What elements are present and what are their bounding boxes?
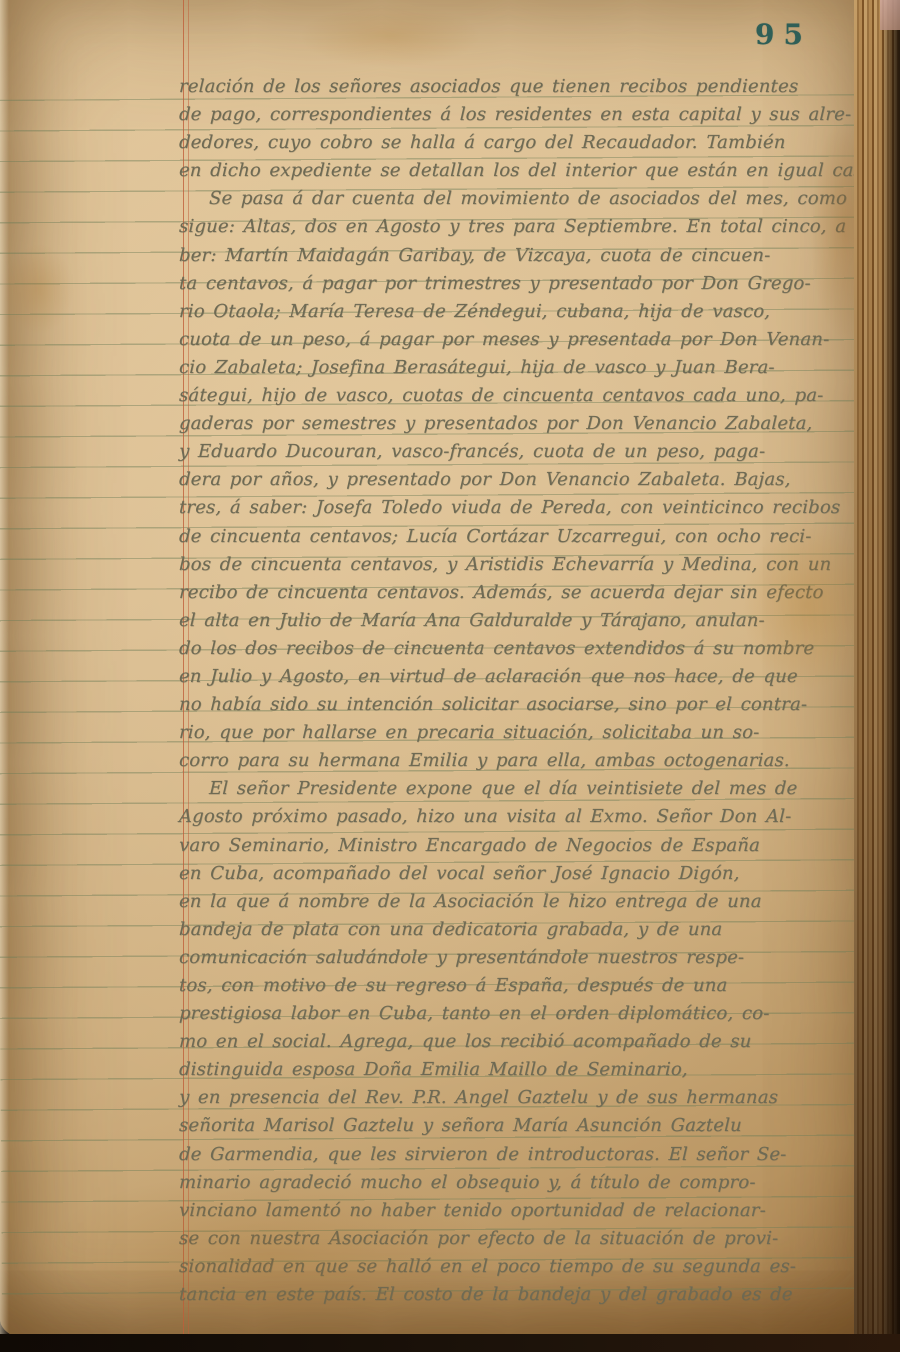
manuscript-line: en Cuba, acompañado del vocal señor José…	[179, 860, 870, 888]
manuscript-line: el alta en Julio de María Ana Galduralde…	[179, 607, 870, 635]
photo-of-ledger-page: 95 relación de los señores asociados que…	[0, 0, 900, 1352]
manuscript-line: minario agradeció mucho el obsequio y, á…	[179, 1169, 870, 1197]
manuscript-line: vinciano lamentó no haber tenido oportun…	[179, 1197, 870, 1225]
manuscript-line: de pago, correspondientes á los resident…	[179, 101, 870, 129]
manuscript-line: recibo de cincuenta centavos. Además, se…	[179, 579, 870, 607]
manuscript-line: do los dos recibos de cincuenta centavos…	[179, 635, 870, 663]
manuscript-page: 95 relación de los señores asociados que…	[0, 0, 868, 1341]
book-page-edges	[854, 0, 900, 1352]
manuscript-line: relación de los señores asociados que ti…	[179, 73, 870, 101]
manuscript-line: rio Otaola; María Teresa de Zéndegui, cu…	[179, 298, 870, 326]
page-number: 95	[755, 18, 812, 51]
manuscript-line: corro para su hermana Emilia y para ella…	[179, 747, 870, 775]
manuscript-line: prestigiosa labor en Cuba, tanto en el o…	[179, 1000, 870, 1028]
manuscript-line: dedores, cuyo cobro se halla á cargo del…	[179, 129, 870, 157]
manuscript-line: señorita Marisol Gaztelu y señora María …	[179, 1112, 870, 1140]
manuscript-line: gaderas por semestres y presentados por …	[179, 410, 870, 438]
manuscript-line: dera por años, y presentado por Don Vena…	[179, 466, 870, 494]
photo-background-bottom	[0, 1334, 900, 1352]
manuscript-line: cuota de un peso, á pagar por meses y pr…	[179, 326, 870, 354]
page-stack-highlight	[880, 0, 900, 30]
manuscript-line: en dicho expediente se detallan los del …	[179, 157, 870, 185]
manuscript-line: tres, á saber: Josefa Toledo viuda de Pe…	[179, 494, 870, 522]
manuscript-line: bos de cincuenta centavos, y Aristidis E…	[179, 551, 870, 579]
manuscript-line: y Eduardo Ducouran, vasco-francés, cuota…	[179, 438, 870, 466]
manuscript-line: en Julio y Agosto, en virtud de aclaraci…	[179, 663, 870, 691]
manuscript-line: tos, con motivo de su regreso á España, …	[179, 972, 870, 1000]
manuscript-line: bandeja de plata con una dedicatoria gra…	[179, 916, 870, 944]
manuscript-line: cio Zabaleta; Josefina Berasátegui, hija…	[179, 354, 870, 382]
manuscript-line: de cincuenta centavos; Lucía Cortázar Uz…	[179, 523, 870, 551]
manuscript-line: en la que á nombre de la Asociación le h…	[179, 888, 870, 916]
manuscript-line: comunicación saludándole y presentándole…	[179, 944, 870, 972]
manuscript-line: Agosto próximo pasado, hizo una visita a…	[179, 803, 870, 831]
manuscript-line: El señor Presidente expone que el día ve…	[179, 775, 870, 803]
manuscript-line: Se pasa á dar cuenta del movimiento de a…	[179, 185, 870, 213]
manuscript-line: sátegui, hijo de vasco, cuotas de cincue…	[179, 382, 870, 410]
manuscript-line: y en presencia del Rev. P.R. Angel Gazte…	[179, 1084, 870, 1112]
manuscript-line: mo en el social. Agrega, que los recibió…	[179, 1028, 870, 1056]
manuscript-line: ta centavos, á pagar por trimestres y pr…	[179, 270, 870, 298]
manuscript-line: ber: Martín Maidagán Garibay, de Vizcaya…	[179, 242, 870, 270]
manuscript-line: distinguida esposa Doña Emilia Maillo de…	[179, 1056, 870, 1084]
manuscript-line: sionalidad en que se halló en el poco ti…	[179, 1253, 870, 1281]
manuscript-text: relación de los señores asociados que ti…	[179, 73, 869, 1309]
manuscript-line: no había sido su intención solicitar aso…	[179, 691, 870, 719]
manuscript-line: se con nuestra Asociación por efecto de …	[179, 1225, 870, 1253]
manuscript-line: rio, que por hallarse en precaria situac…	[179, 719, 870, 747]
manuscript-line: sigue: Altas, dos en Agosto y tres para …	[179, 213, 870, 241]
manuscript-line: varo Seminario, Ministro Encargado de Ne…	[179, 832, 870, 860]
manuscript-line: de Garmendia, que les sirvieron de intro…	[179, 1141, 870, 1169]
paper-stain	[300, 4, 480, 68]
manuscript-line: tancia en este país. El costo de la band…	[179, 1281, 870, 1309]
